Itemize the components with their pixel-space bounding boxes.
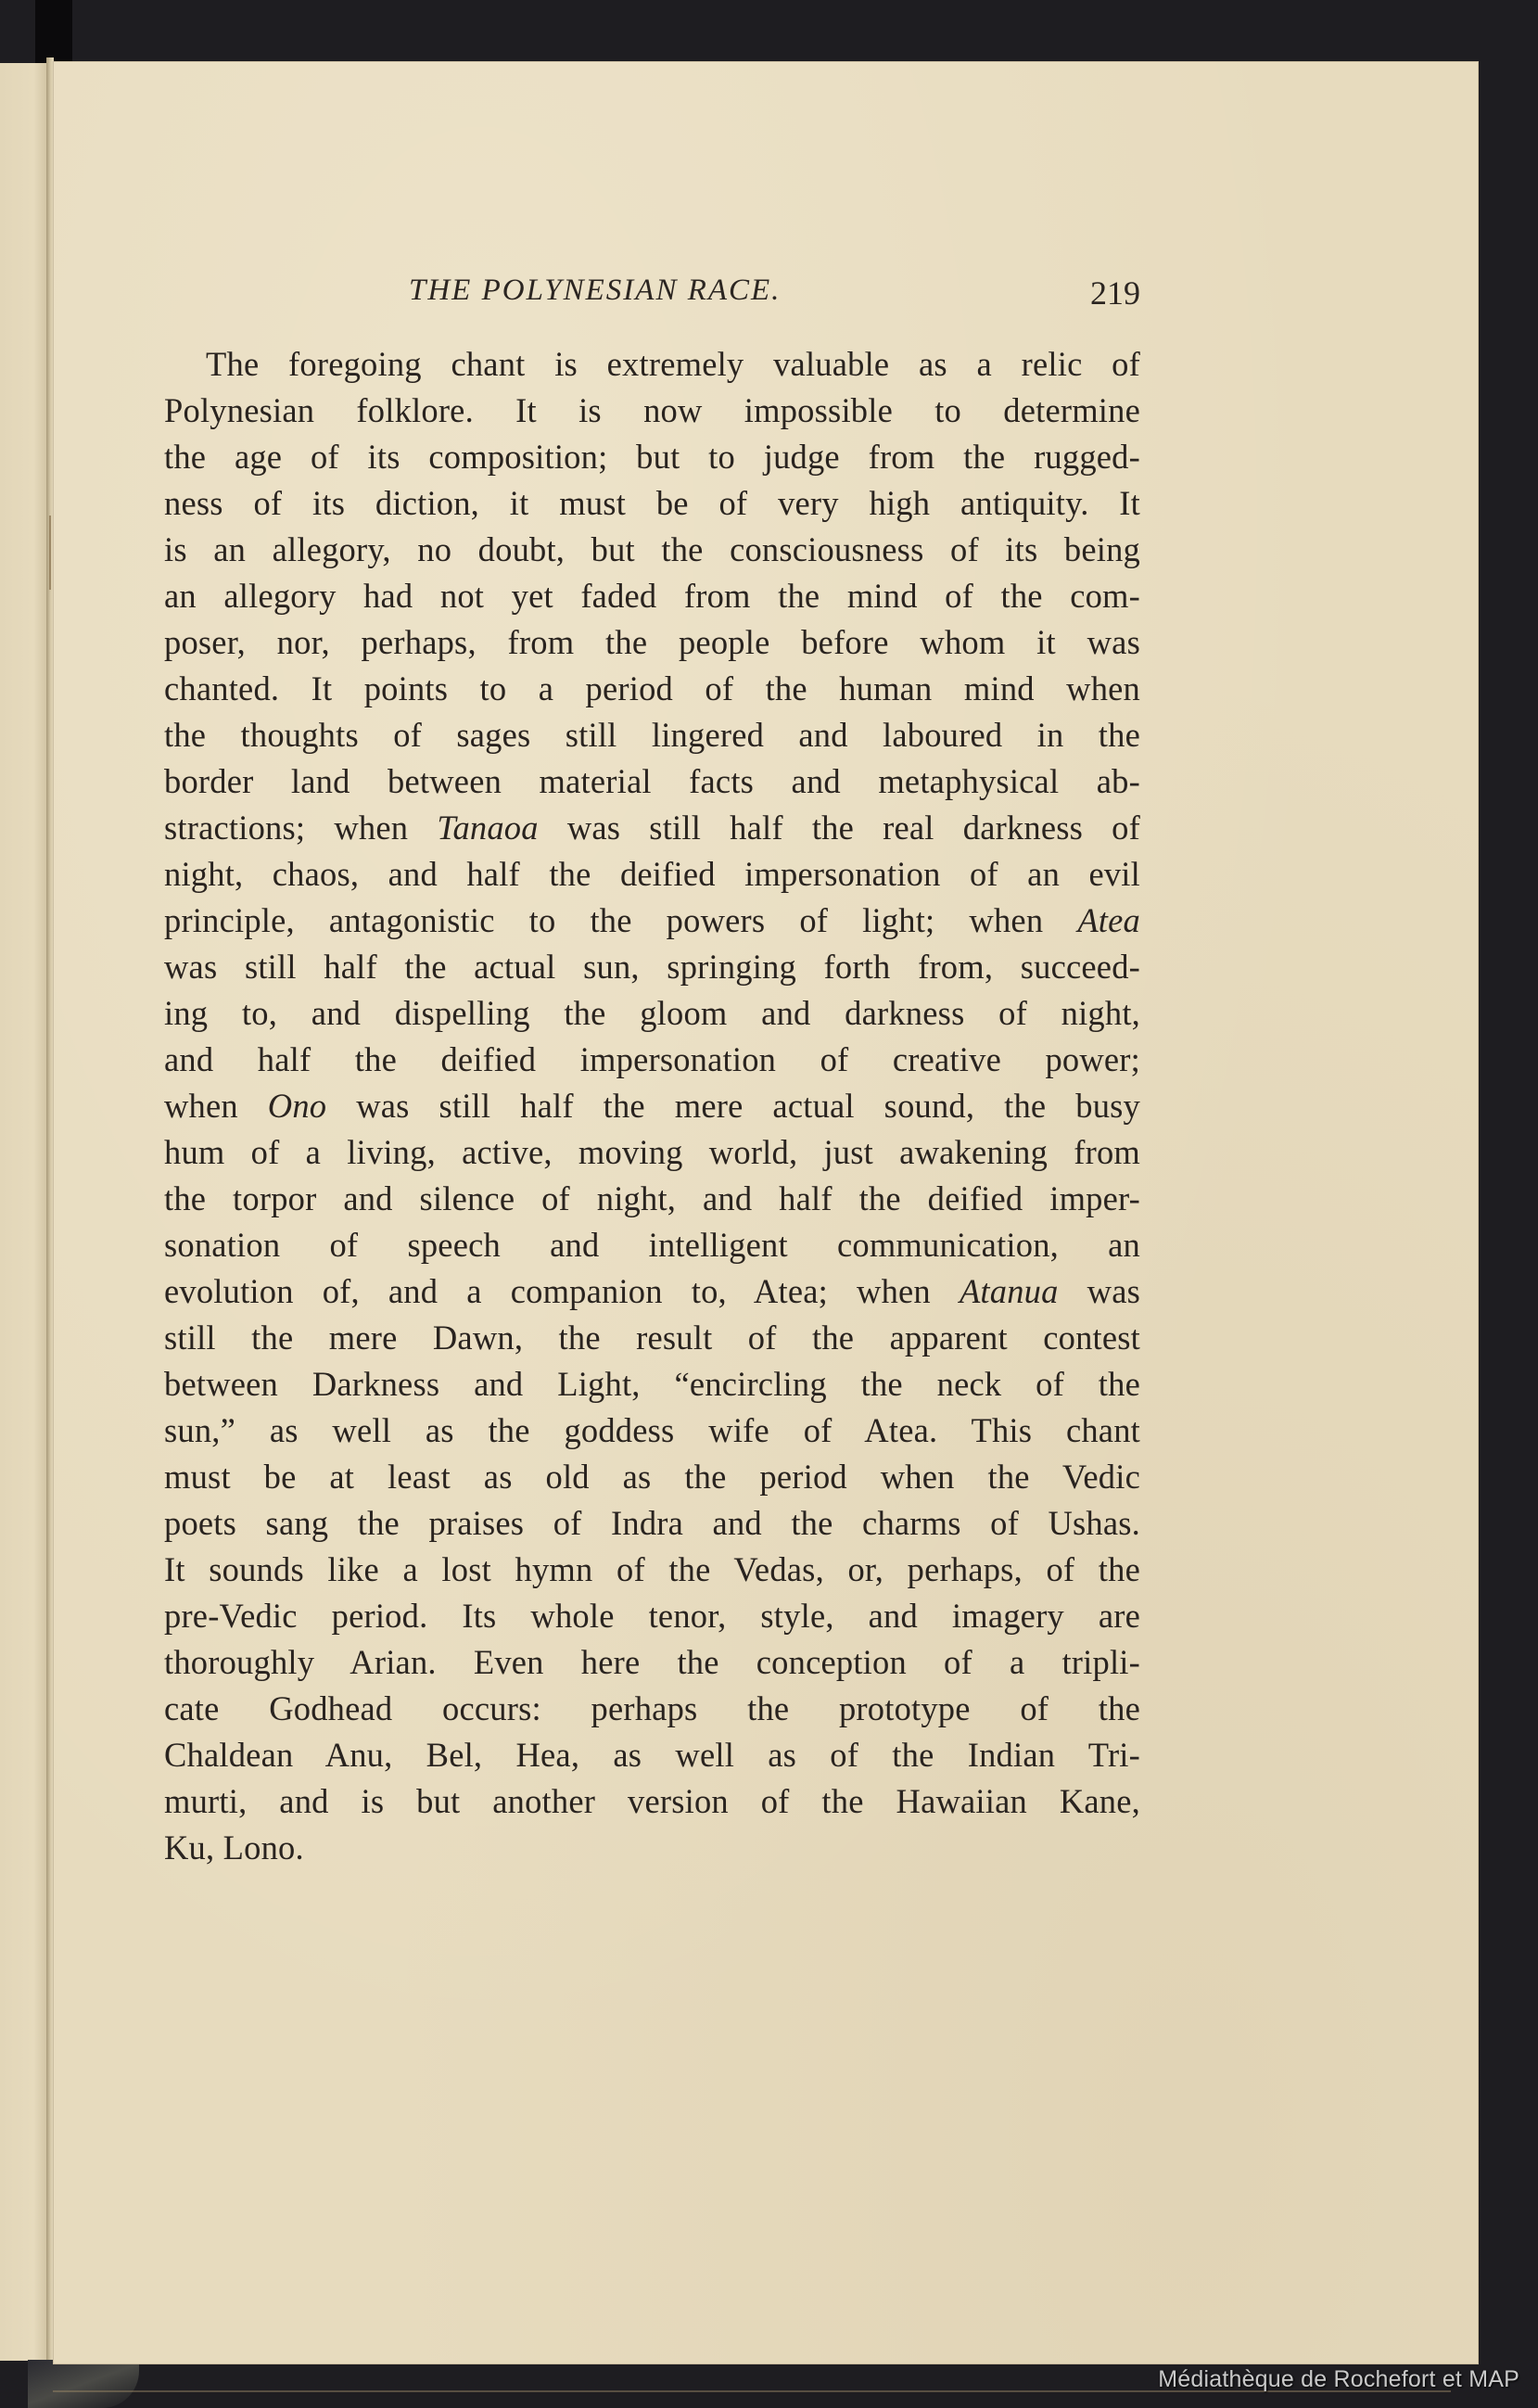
- text-segment: was still half the real darkness of: [539, 809, 1140, 847]
- italic-name-tanaoa: Tanaoa: [437, 809, 538, 847]
- text-line: sun,” as well as the goddess wife of Ate…: [164, 1408, 1140, 1454]
- text-line: the age of its composition; but to judge…: [164, 434, 1140, 480]
- text-line: poets sang the praises of Indra and the …: [164, 1500, 1140, 1547]
- italic-name-atanua: Atanua: [960, 1272, 1059, 1310]
- text-line: chanted. It points to a period of the hu…: [164, 666, 1140, 712]
- book-binding-top: [35, 0, 72, 67]
- text-line: poser, nor, perhaps, from the people bef…: [164, 619, 1140, 666]
- text-line: border land between material facts and m…: [164, 758, 1140, 805]
- library-watermark: Médiathèque de Rochefort et MAP: [1158, 2366, 1519, 2393]
- running-title: THE POLYNESIAN RACE.: [409, 274, 781, 308]
- margin-mark: [49, 516, 51, 590]
- text-line: hum of a living, active, moving world, j…: [164, 1129, 1140, 1176]
- text-line: an allegory had not yet faded from the m…: [164, 573, 1140, 619]
- text-segment: when: [164, 1087, 268, 1125]
- text-line: pre-Vedic period. Its whole tenor, style…: [164, 1593, 1140, 1639]
- running-head: THE POLYNESIAN RACE. 219: [164, 274, 1140, 320]
- text-line: still the mere Dawn, the result of the a…: [164, 1315, 1140, 1361]
- text-line: must be at least as old as the period wh…: [164, 1454, 1140, 1500]
- text-line: sonation of speech and intelligent commu…: [164, 1222, 1140, 1268]
- text-line-with-italic: when Ono was still half the mere actual …: [164, 1083, 1140, 1129]
- text-line-final: Ku, Lono.: [164, 1825, 1140, 1871]
- text-line: The foregoing chant is extremely valuabl…: [164, 341, 1140, 388]
- text-line: ing to, and dispelling the gloom and dar…: [164, 990, 1140, 1037]
- text-line-with-italic: evolution of, and a companion to, Atea; …: [164, 1268, 1140, 1315]
- text-segment: was still half the mere actual sound, th…: [326, 1087, 1140, 1125]
- text-line: the torpor and silence of night, and hal…: [164, 1176, 1140, 1222]
- book-binding-bottom: [28, 2360, 139, 2408]
- text-segment: principle, antagonistic to the powers of…: [164, 901, 1077, 939]
- italic-name-ono: Ono: [268, 1087, 326, 1125]
- text-line: was still half the actual sun, springing…: [164, 944, 1140, 990]
- text-line: Chaldean Anu, Bel, Hea, as well as of th…: [164, 1732, 1140, 1778]
- text-line: cate Godhead occurs: perhaps the prototy…: [164, 1686, 1140, 1732]
- text-line: is an allegory, no doubt, but the consci…: [164, 527, 1140, 573]
- text-line: between Darkness and Light, “encircling …: [164, 1361, 1140, 1408]
- text-segment: evolution of, and a companion to, Atea; …: [164, 1272, 960, 1310]
- text-line-with-italic: stractions; when Tanaoa was still half t…: [164, 805, 1140, 851]
- text-line: night, chaos, and half the deified imper…: [164, 851, 1140, 898]
- text-segment: stractions; when: [164, 809, 437, 847]
- previous-page-edge: [0, 63, 48, 2361]
- text-line: It sounds like a lost hymn of the Vedas,…: [164, 1547, 1140, 1593]
- text-line: thoroughly Arian. Even here the concepti…: [164, 1639, 1140, 1686]
- page-number: 219: [1090, 274, 1140, 312]
- text-line: ness of its diction, it must be of very …: [164, 480, 1140, 527]
- text-line-with-italic: principle, antagonistic to the powers of…: [164, 898, 1140, 944]
- text-line: murti, and is but another version of the…: [164, 1778, 1140, 1825]
- text-line: the thoughts of sages still lingered and…: [164, 712, 1140, 758]
- text-line: Polynesian folklore. It is now impossibl…: [164, 388, 1140, 434]
- italic-name-atea: Atea: [1077, 901, 1140, 939]
- text-line: and half the deified impersonation of cr…: [164, 1037, 1140, 1083]
- body-paragraph: The foregoing chant is extremely valuabl…: [164, 341, 1140, 1871]
- text-segment: was: [1059, 1272, 1140, 1310]
